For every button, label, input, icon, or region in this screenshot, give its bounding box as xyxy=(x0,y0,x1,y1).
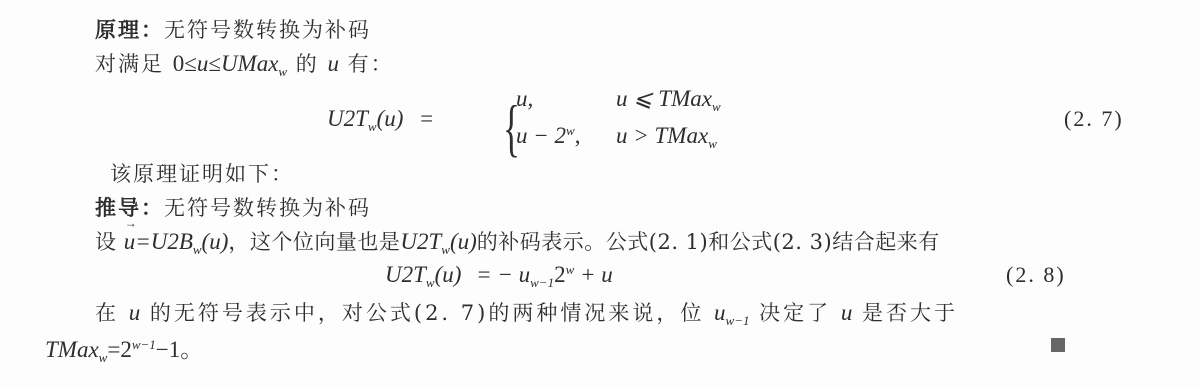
conclusion-eq-sup: w−1 xyxy=(132,337,156,352)
eq28-rhs-sub: w−1 xyxy=(530,275,554,290)
condition-var-u: u xyxy=(327,51,339,76)
principle-label: 原理： xyxy=(95,18,164,42)
principle-heading: 原理：无符号数转换为补码 xyxy=(95,14,371,44)
condition-u: u xyxy=(197,51,209,76)
condition-umax-sub: w xyxy=(278,64,287,79)
setup-u2t-sub: w xyxy=(441,242,450,257)
conclusion-line-1: 在 u 的无符号表示中，对公式(2. 7)的两种情况来说，位 uw−1 决定了 … xyxy=(95,297,958,329)
eq27-case2-condition: u > TMax xyxy=(616,123,708,148)
eq27-case1-condition: u ⩽ TMax xyxy=(616,86,712,111)
eq28-rhs-start: = − u xyxy=(476,262,530,287)
setup-eq: =U2B xyxy=(135,229,193,254)
condition-suffix: 有： xyxy=(348,52,394,76)
eq28-body: U2Tw(u) = − uw−12w + u xyxy=(385,262,613,291)
conclusion-t2: 的无符号表示中，对公式(2. 7)的两种情况来说，位 xyxy=(150,301,704,325)
condition-zero: 0≤ xyxy=(173,51,197,76)
eq27-case2-cond: u > TMaxw xyxy=(616,123,717,152)
setup-eq-arg: (u) xyxy=(202,229,229,254)
eq27-case2-comma: , xyxy=(575,123,581,148)
eq27-case1-cond: u ⩽ TMaxw xyxy=(616,86,721,115)
conclusion-u1: u xyxy=(129,300,141,325)
conclusion-u2-sub: w−1 xyxy=(726,313,750,328)
conclusion-tmax: TMax xyxy=(45,337,99,362)
condition-middle: 的 xyxy=(296,52,319,76)
principle-title: 无符号数转换为补码 xyxy=(164,18,371,42)
eq28-lhs-arg: (u) xyxy=(435,262,462,287)
conclusion-t4: 是否大于 xyxy=(862,301,958,325)
condition-prefix: 对满足 xyxy=(95,52,164,76)
setup-text1: ，这个位向量也是 xyxy=(228,230,400,254)
conclusion-t1: 在 xyxy=(95,301,119,325)
condition-le: ≤ xyxy=(208,51,221,76)
eq28-lhs-func: U2T xyxy=(385,262,426,287)
eq27-lhs-sub: w xyxy=(368,119,377,134)
eq27-case2-sup: w xyxy=(566,123,575,138)
eq27-lhs-func: U2T xyxy=(327,106,368,131)
conclusion-u2: u xyxy=(714,300,726,325)
proof-intro: 该原理证明如下： xyxy=(110,158,294,188)
condition-line: 对满足 0≤u≤UMaxw 的 u 有： xyxy=(95,48,394,80)
setup-u2t: U2T xyxy=(400,229,441,254)
vector-u: u xyxy=(124,229,136,255)
conclusion-eq: =2 xyxy=(107,337,131,362)
conclusion-u3: u xyxy=(841,300,853,325)
eq27-lhs: U2Tw(u) = xyxy=(327,106,433,135)
eq27-equals: = xyxy=(420,106,433,131)
setup-prefix: 设 xyxy=(95,230,117,254)
eq27-case2-value: u − 2 xyxy=(516,123,566,148)
conclusion-line-2: TMaxw=2w−1−1。 xyxy=(45,331,203,366)
setup-text2: 的补码表示。公式(2. 1)和公式(2. 3)结合起来有 xyxy=(477,230,940,254)
conclusion-eq-end: −1。 xyxy=(156,337,203,362)
eq28-rhs-two: 2 xyxy=(554,262,566,287)
eq28-rhs-sup: w xyxy=(566,262,575,277)
conclusion-t3: 决定了 xyxy=(759,301,831,325)
derivation-title: 无符号数转换为补码 xyxy=(164,196,371,220)
condition-umax: UMax xyxy=(221,51,278,76)
eq27-case1: u, xyxy=(516,86,533,112)
eq27-case2-sub: w xyxy=(708,136,717,151)
eq27-case1-value: u, xyxy=(516,86,533,111)
eq28-lhs-sub: w xyxy=(426,275,435,290)
setup-line: 设 u=U2Bw(u)，这个位向量也是U2Tw(u)的补码表示。公式(2. 1)… xyxy=(95,226,940,258)
eq28-rhs-end: + u xyxy=(574,262,613,287)
eq27-case2: u − 2w, xyxy=(516,123,580,149)
qed-square-icon xyxy=(1051,338,1065,352)
eq27-case1-sub: w xyxy=(712,99,721,114)
setup-u2t-arg: (u) xyxy=(450,229,477,254)
setup-eq-sub: w xyxy=(193,242,202,257)
eq27-number: (2. 7) xyxy=(1064,106,1124,132)
eq28-number: (2. 8) xyxy=(1006,262,1066,288)
eq27-lhs-arg: (u) xyxy=(377,106,404,131)
